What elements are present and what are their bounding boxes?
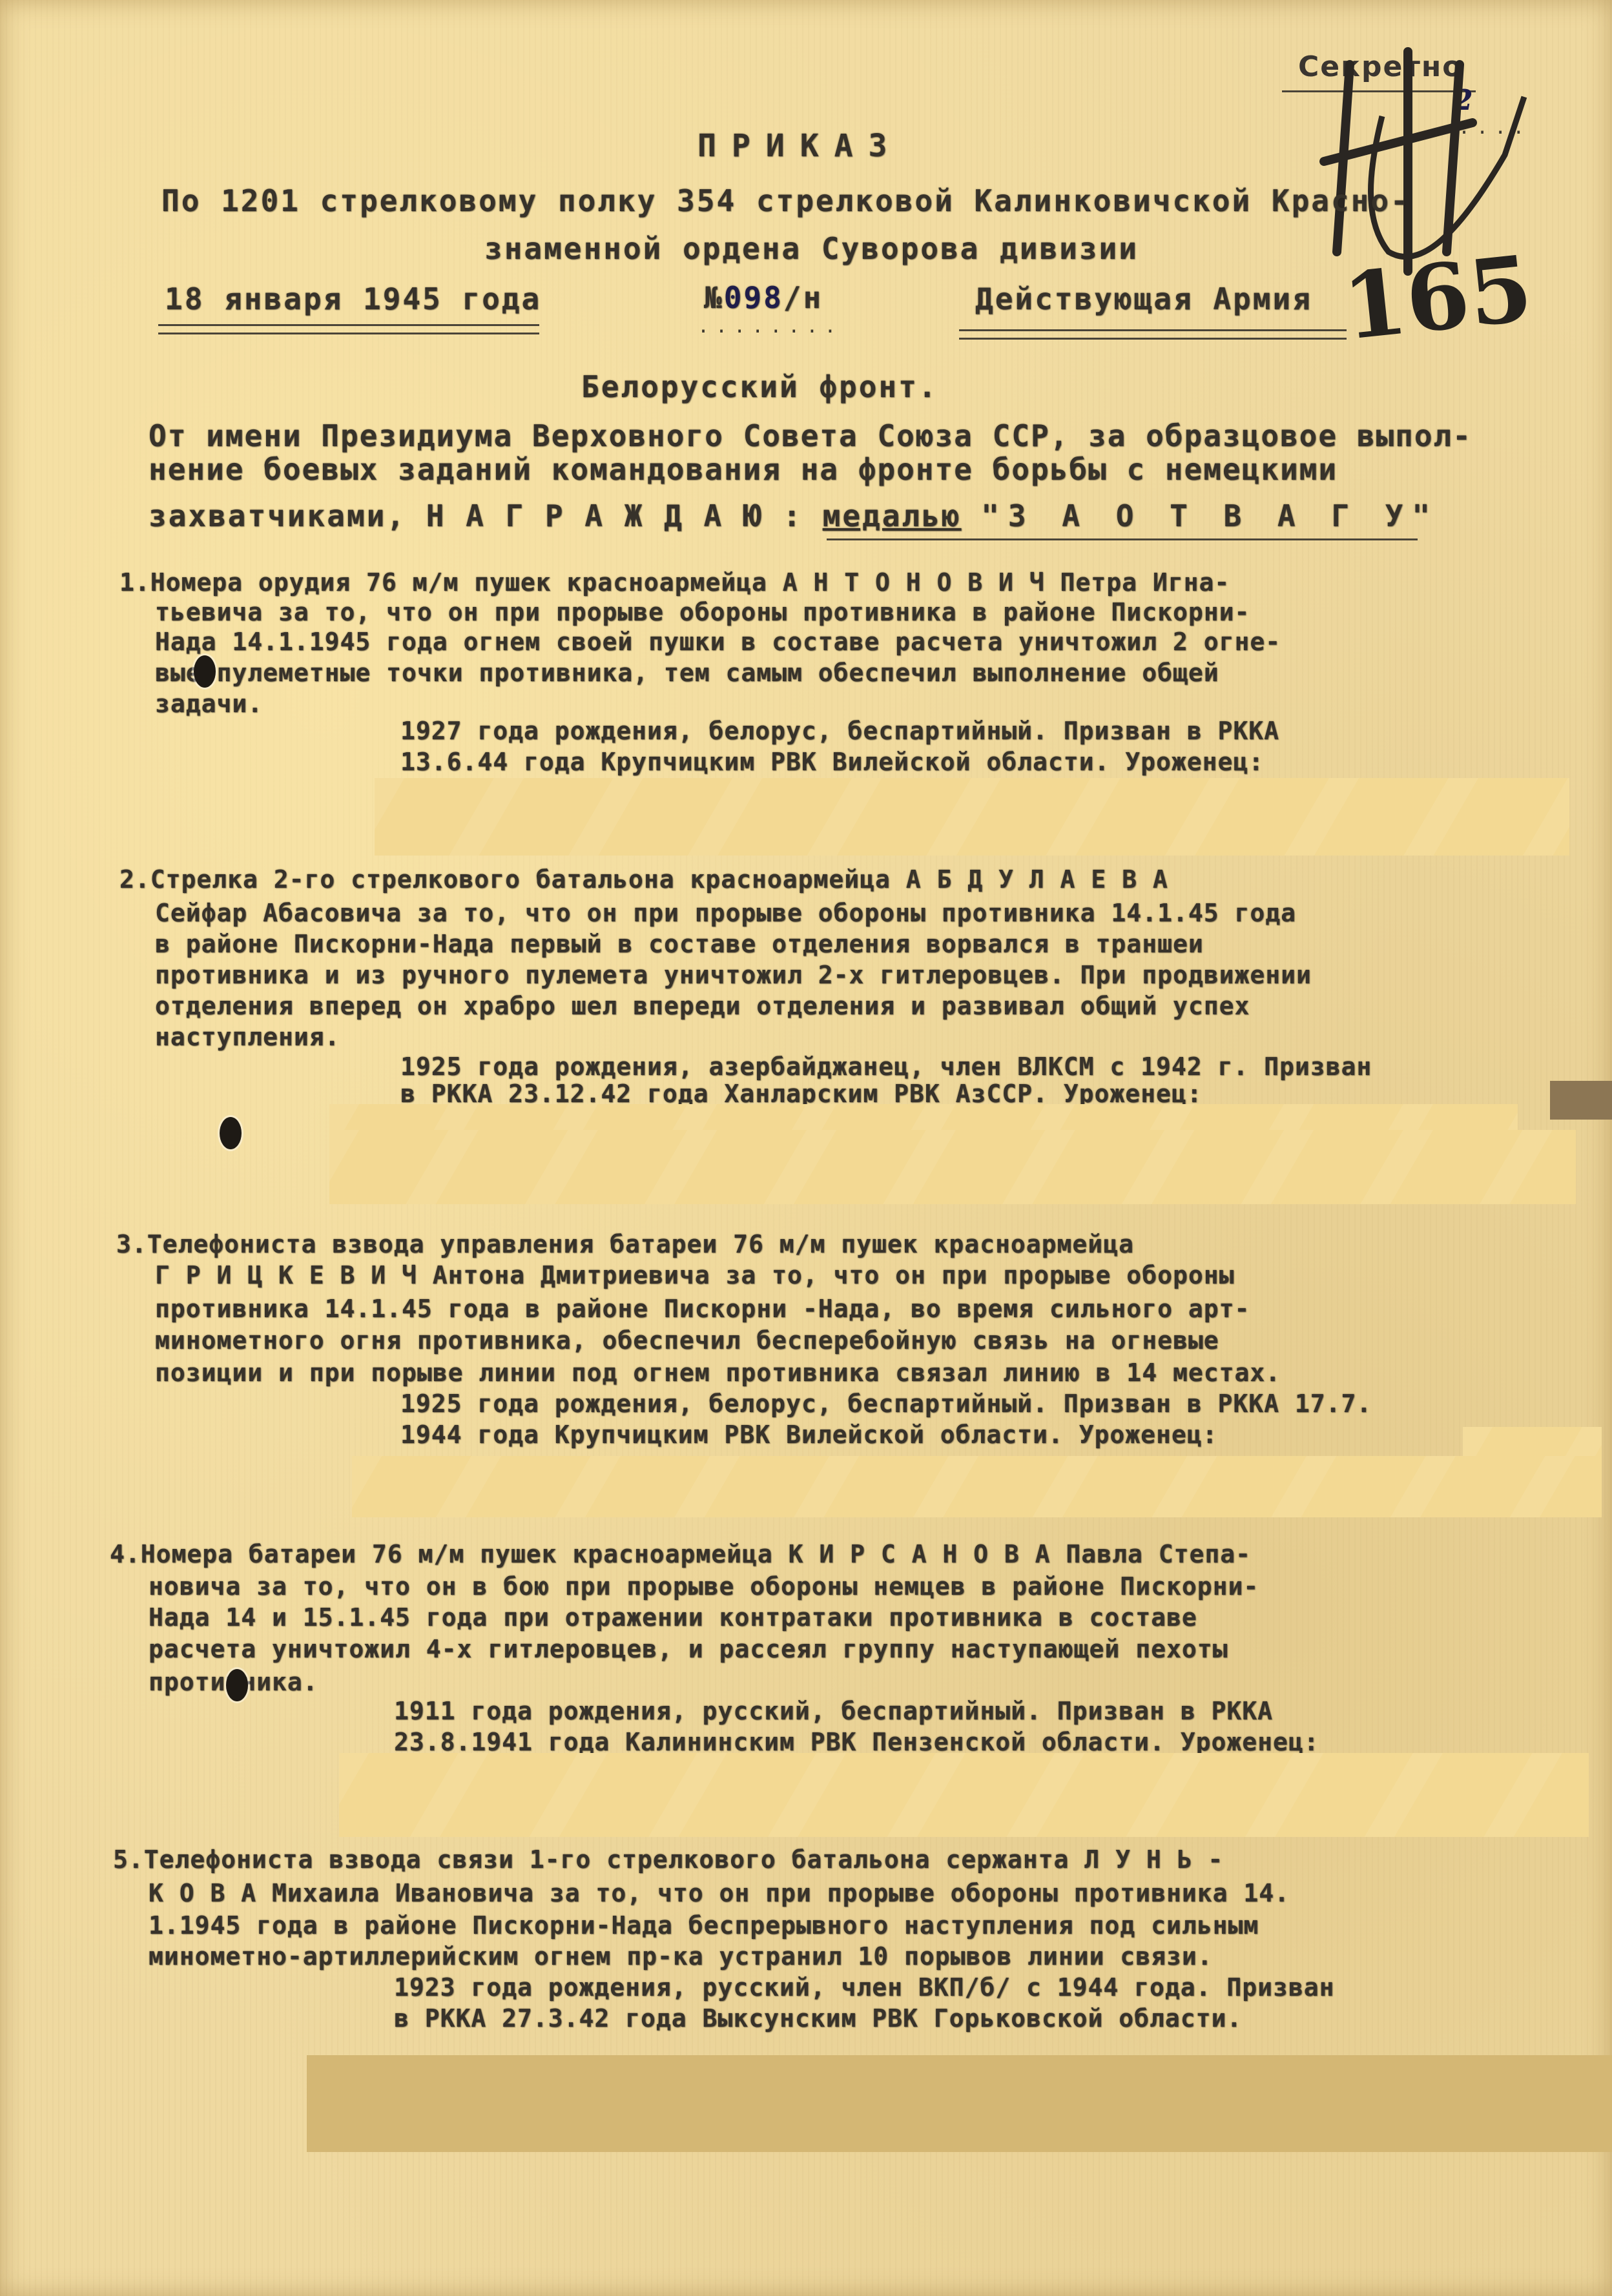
header-unit-line-2: знаменной ордена Суворова дивизии xyxy=(484,231,1139,266)
punch-hole-1 xyxy=(194,655,216,688)
front-name: Белорусский фронт. xyxy=(581,369,938,404)
preamble-line-3: захватчиками, Н А Г Р А Ж Д А Ю : медаль… xyxy=(149,498,1439,533)
awardee-2-line-3: в районе Пискорни-Нада первый в составе … xyxy=(155,930,1204,958)
order-number-value: 098 xyxy=(724,280,783,315)
preamble-invaders: захватчиками, xyxy=(149,498,406,533)
preamble-line-1: От имени Президиума Верховного Совета Со… xyxy=(149,418,1472,453)
document-title: ПРИКАЗ xyxy=(697,128,902,164)
awardee-3-line-5: позиции и при порыве линии под огнем про… xyxy=(155,1358,1281,1387)
awardee-2-line-2: Сейфар Абасовича за то, что он при проры… xyxy=(155,899,1296,927)
awardee-2-bio-1: 1925 года рождения, азербайджанец, член … xyxy=(400,1052,1372,1081)
awardee-1-line-2: тьевича за то, что он при прорыве оборон… xyxy=(155,598,1250,626)
awardee-5-line-2: К О В А Михаила Ивановича за то, что он … xyxy=(149,1879,1290,1907)
awardee-3-line-4: минометного огня противника, обеспечил б… xyxy=(155,1326,1219,1355)
awardee-3-bio-1: 1925 года рождения, белорус, беспартийны… xyxy=(400,1389,1372,1418)
award-underline xyxy=(827,536,1418,540)
redaction-box-4 xyxy=(339,1753,1589,1837)
redaction-box-5 xyxy=(307,2055,1612,2152)
redaction-box-3b xyxy=(352,1456,1602,1517)
awardee-1-line-4: вые пулеметные точки противника, тем сам… xyxy=(155,659,1219,687)
awardee-3-line-2: Г Р И Ц К Е В И Ч Антона Дмитриевича за … xyxy=(155,1261,1234,1289)
awardee-1-line-3: Нада 14.1.1945 года огнем своей пушки в … xyxy=(155,628,1281,656)
awardee-5-bio-2: в РККА 27.3.42 года Выксунским РВК Горьк… xyxy=(394,2004,1242,2033)
handwritten-sheet-number: 165 xyxy=(1338,236,1537,361)
punch-hole-3 xyxy=(226,1669,248,1701)
location-underline xyxy=(959,329,1347,340)
awardee-2-line-1: 2.Стрелка 2-го стрелкового батальона кра… xyxy=(119,865,1168,894)
awardee-2-line-4: противника и из ручного пулемета уничтож… xyxy=(155,961,1312,989)
redaction-box-1 xyxy=(375,778,1569,856)
awardee-1-line-5: задачи. xyxy=(155,690,263,718)
awardee-5-line-1: 5.Телефониста взвода связи 1-го стрелков… xyxy=(113,1845,1223,1874)
order-number-suffix: /н xyxy=(783,280,823,315)
header-unit-line-1: По 1201 стрелковому полку 354 стрелковой… xyxy=(161,183,1410,218)
awardee-3-line-3: противника 14.1.45 года в районе Пискорн… xyxy=(155,1295,1250,1323)
punch-hole-2 xyxy=(220,1117,242,1149)
redaction-box-3a xyxy=(1463,1427,1602,1459)
awardee-2-line-6: наступления. xyxy=(155,1023,340,1051)
awardee-4-bio-2: 23.8.1941 года Калининским РВК Пензенско… xyxy=(394,1728,1319,1756)
awardee-2-line-5: отделения вперед он храбро шел впереди о… xyxy=(155,992,1250,1020)
award-name: "З А О Т В А Г У" xyxy=(981,498,1439,533)
awardee-3-bio-2: 1944 года Крупчицким РВК Вилейской облас… xyxy=(400,1420,1218,1449)
award-label: медалью xyxy=(823,498,962,533)
awardee-4-line-4: расчета уничтожил 4-х гитлеровцев, и рас… xyxy=(149,1635,1228,1663)
awardee-1-bio-2: 13.6.44 года Крупчицким РВК Вилейской об… xyxy=(400,748,1264,776)
awardee-4-bio-1: 1911 года рождения, русский, беспартийны… xyxy=(394,1697,1273,1725)
order-location: Действующая Армия xyxy=(975,282,1312,316)
awardee-5-bio-1: 1923 года рождения, русский, член ВКП/б/… xyxy=(394,1973,1335,2002)
award-verb: Н А Г Р А Ж Д А Ю : xyxy=(426,498,803,533)
order-date: 18 января 1945 года xyxy=(165,282,541,316)
number-dots: ........ xyxy=(697,315,843,338)
awardee-4-line-3: Нада 14 и 15.1.45 года при отражении кон… xyxy=(149,1603,1197,1632)
awardee-5-line-4: минометно-артиллерийским огнем пр-ка уст… xyxy=(149,1942,1213,1971)
order-number: №098/н xyxy=(704,280,823,315)
awardee-1-bio-1: 1927 года рождения, белорус, беспартийны… xyxy=(400,717,1279,745)
awardee-3-line-1: 3.Телефониста взвода управления батареи … xyxy=(116,1230,1134,1258)
order-number-prefix: № xyxy=(704,280,724,315)
preamble-line-2: нение боевых заданий командования на фро… xyxy=(149,452,1338,487)
awardee-4-line-2: новича за то, что он в бою при прорыве о… xyxy=(149,1572,1259,1601)
awardee-4-line-1: 4.Номера батареи 76 м/м пушек красноарме… xyxy=(110,1540,1251,1568)
awardee-5-line-3: 1.1945 года в районе Пискорни-Нада беспр… xyxy=(149,1911,1259,1940)
date-underline xyxy=(158,324,539,334)
redaction-box-2c xyxy=(329,1130,1576,1204)
awardee-1-line-1: 1.Номера орудия 76 м/м пушек красноармей… xyxy=(119,568,1230,597)
redaction-box-2a xyxy=(1550,1081,1612,1120)
